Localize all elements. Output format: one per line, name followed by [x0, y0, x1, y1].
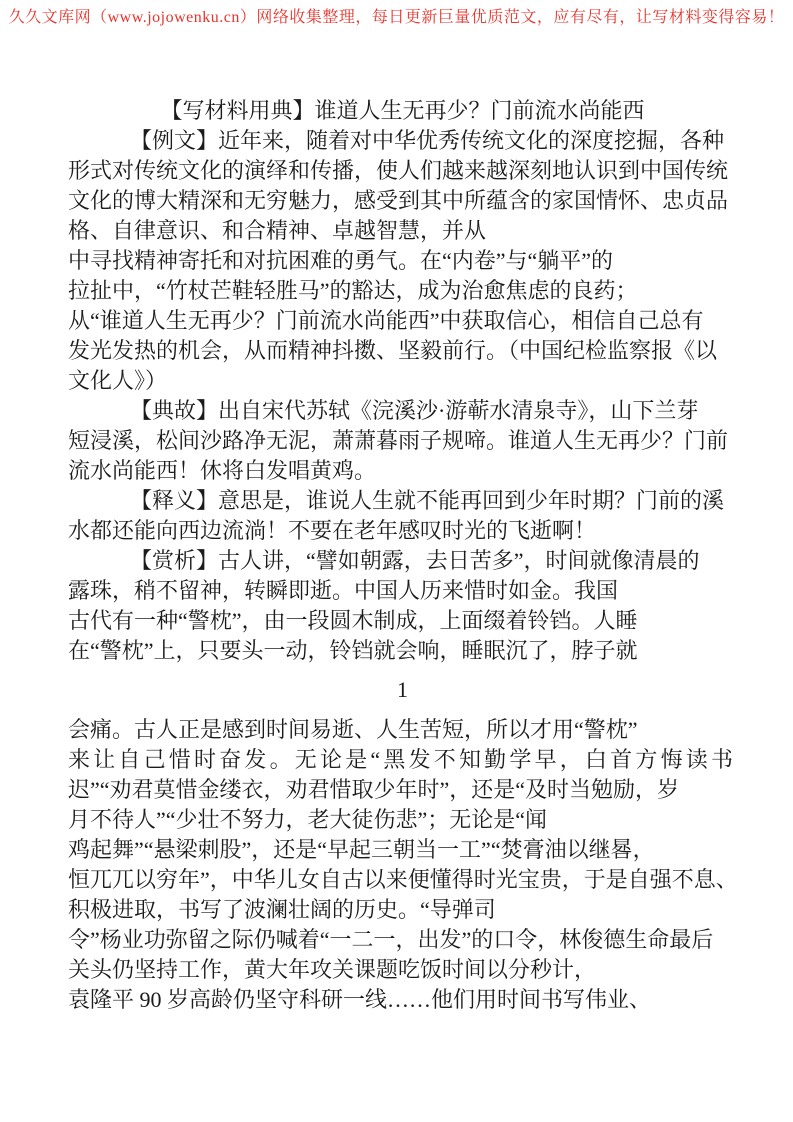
- document-title: 【写材料用典】谁道人生无再少？门前流水尚能西: [68, 96, 737, 126]
- body-line: 迟”“劝君莫惜金缕衣，劝君惜取少年时”，还是“及时当勉励，岁: [68, 775, 737, 805]
- body-line: 流水尚能西！休将白发唱黄鸡。: [68, 456, 737, 486]
- body-line: 会痛。古人正是感到时间易逝、人生苦短，所以才用“警枕”: [68, 715, 737, 745]
- body-line: 【赏析】古人讲，“譬如朝露，去日苦多”，时间就像清晨的: [68, 546, 737, 576]
- body-line: 袁隆平 90 岁高龄仍坚守科研一线……他们用时间书写伟业、: [68, 985, 737, 1015]
- body-line: 在“警枕”上，只要头一动，铃铛就会响，睡眠沉了，脖子就: [68, 636, 737, 666]
- body-line: 格、自律意识、和合精神、卓越智慧，并从: [68, 216, 737, 246]
- body-line: 文化人》）: [68, 366, 737, 396]
- body-line: 古代有一种“警枕”，由一段圆木制成，上面缀着铃铛。人睡: [68, 606, 737, 636]
- body-line: 月不待人”“少壮不努力，老大徒伤悲”；无论是“闻: [68, 805, 737, 835]
- body-line: 积极进取，书写了波澜壮阔的历史。“导弹司: [68, 895, 737, 925]
- body-line: 【典故】出自宋代苏轼《浣溪沙·游蕲水清泉寺》，山下兰芽: [68, 396, 737, 426]
- body-line: 中寻找精神寄托和对抗困难的勇气。在“内卷”与“躺平”的: [68, 246, 737, 276]
- site-watermark-header: 久久文库网（www.jojowenku.cn）网络收集整理，每日更新巨量优质范文…: [0, 0, 793, 29]
- body-line: 拉扯中，“竹杖芒鞋轻胜马”的豁达，成为治愈焦虑的良药；: [68, 276, 737, 306]
- body-line: 令”杨业功弥留之际仍喊着“一二一，出发”的口令，林俊德生命最后: [68, 925, 737, 955]
- body-line: 来让自己惜时奋发。无论是“黑发不知勤学早，白首方悔读书: [68, 745, 737, 775]
- body-line: 从“谁道人生无再少？门前流水尚能西”中获取信心，相信自己总有: [68, 306, 737, 336]
- body-line: 水都还能向西边流淌！不要在老年感叹时光的飞逝啊！: [68, 516, 737, 546]
- page-number: 1: [68, 675, 737, 705]
- document-page: 久久文库网（www.jojowenku.cn）网络收集整理，每日更新巨量优质范文…: [0, 0, 793, 1122]
- body-line: 【例文】近年来，随着对中华优秀传统文化的深度挖掘，各种: [68, 126, 737, 156]
- body-line: 露珠，稍不留神，转瞬即逝。中国人历来惜时如金。我国: [68, 576, 737, 606]
- body-line: 恒兀兀以穷年”，中华儿女自古以来便懂得时光宝贵，于是自强不息、: [68, 865, 737, 895]
- body-line: 形式对传统文化的演绎和传播，使人们越来越深刻地认识到中国传统: [68, 156, 737, 186]
- body-line: 关头仍坚持工作，黄大年攻关课题吃饭时间以分秒计，: [68, 955, 737, 985]
- body-line: 文化的博大精深和无穷魅力，感受到其中所蕴含的家国情怀、忠贞品: [68, 186, 737, 216]
- body-line: 短浸溪，松间沙路净无泥，萧萧暮雨子规啼。谁道人生无再少？门前: [68, 426, 737, 456]
- document-body: 【写材料用典】谁道人生无再少？门前流水尚能西 【例文】近年来，随着对中华优秀传统…: [0, 96, 793, 1015]
- body-line: 发光发热的机会，从而精神抖擞、坚毅前行。（中国纪检监察报《以: [68, 336, 737, 366]
- body-line: 【释义】意思是，谁说人生就不能再回到少年时期？门前的溪: [68, 486, 737, 516]
- body-line: 鸡起舞”“悬梁刺股”，还是“早起三朝当一工”“焚膏油以继晷，: [68, 835, 737, 865]
